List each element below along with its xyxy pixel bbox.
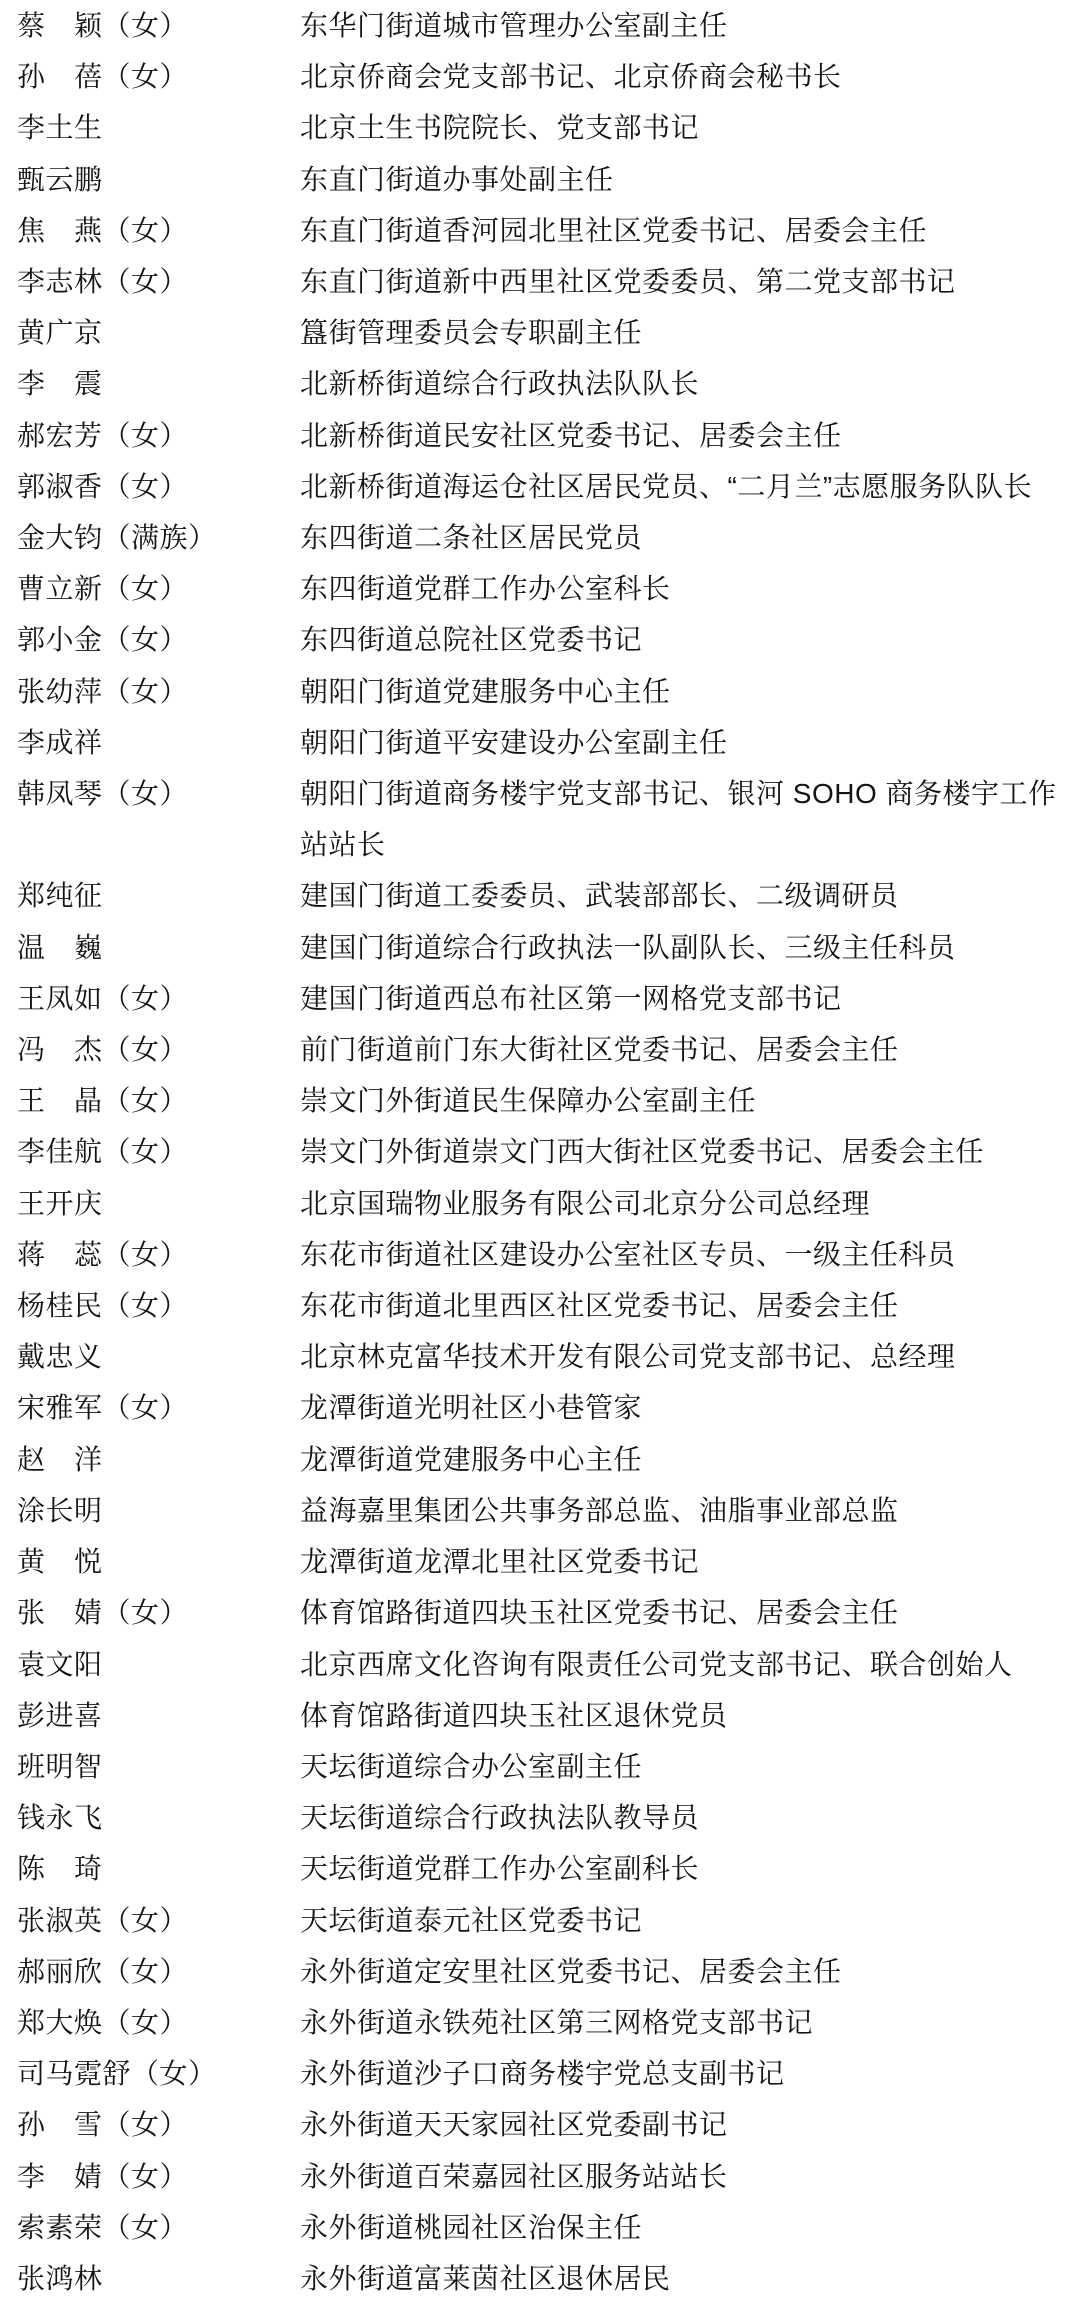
person-title: 北京国瑞物业服务有限公司北京分公司总经理 bbox=[300, 1178, 1060, 1229]
person-title: 永外街道富莱茵社区退休居民 bbox=[300, 2253, 1060, 2304]
person-title: 天坛街道党群工作办公室副科长 bbox=[300, 1843, 1060, 1894]
list-item: 冯 杰（女） 前门街道前门东大街社区党委书记、居委会主任 bbox=[0, 1024, 1080, 1075]
list-item: 郑纯征 建国门街道工委委员、武装部部长、二级调研员 bbox=[0, 870, 1080, 921]
person-name: 涂长明 bbox=[0, 1485, 300, 1536]
list-item: 彭进喜 体育馆路街道四块玉社区退休党员 bbox=[0, 1690, 1080, 1741]
person-title: 崇文门外街道崇文门西大街社区党委书记、居委会主任 bbox=[300, 1126, 1060, 1177]
roster-list: 蔡 颖（女） 东华门街道城市管理办公室副主任 孙 蓓（女） 北京侨商会党支部书记… bbox=[0, 0, 1080, 2304]
person-title: 龙潭街道党建服务中心主任 bbox=[300, 1434, 1060, 1485]
list-item: 张鸿林 永外街道富莱茵社区退休居民 bbox=[0, 2253, 1080, 2304]
person-name: 焦 燕（女） bbox=[0, 205, 300, 256]
list-item: 杨桂民（女） 东花市街道北里西区社区党委书记、居委会主任 bbox=[0, 1280, 1080, 1331]
person-name: 黄广京 bbox=[0, 307, 300, 358]
person-title: 永外街道桃园社区治保主任 bbox=[300, 2202, 1060, 2253]
person-title: 东直门街道办事处副主任 bbox=[300, 154, 1060, 205]
person-title: 建国门街道西总布社区第一网格党支部书记 bbox=[300, 973, 1060, 1024]
list-item: 郝宏芳（女） 北新桥街道民安社区党委书记、居委会主任 bbox=[0, 410, 1080, 461]
person-name: 张鸿林 bbox=[0, 2253, 300, 2304]
person-title: 北新桥街道海运仓社区居民党员、“二月兰”志愿服务队队长 bbox=[300, 461, 1060, 512]
list-item: 戴忠义 北京林克富华技术开发有限公司党支部书记、总经理 bbox=[0, 1331, 1080, 1382]
person-title: 天坛街道泰元社区党委书记 bbox=[300, 1895, 1060, 1946]
person-name: 李成祥 bbox=[0, 717, 300, 768]
person-name: 黄 悦 bbox=[0, 1536, 300, 1587]
person-title: 天坛街道综合办公室副主任 bbox=[300, 1741, 1060, 1792]
person-name: 陈 琦 bbox=[0, 1843, 300, 1894]
person-title: 朝阳门街道党建服务中心主任 bbox=[300, 666, 1060, 717]
person-name: 孙 蓓（女） bbox=[0, 51, 300, 102]
person-title: 前门街道前门东大街社区党委书记、居委会主任 bbox=[300, 1024, 1060, 1075]
list-item: 李 震 北新桥街道综合行政执法队队长 bbox=[0, 358, 1080, 409]
person-name: 郑大焕（女） bbox=[0, 1997, 300, 2048]
list-item: 李土生 北京土生书院院长、党支部书记 bbox=[0, 102, 1080, 153]
person-name: 蔡 颖（女） bbox=[0, 0, 300, 51]
person-name: 王凤如（女） bbox=[0, 973, 300, 1024]
list-item: 黄广京 簋街管理委员会专职副主任 bbox=[0, 307, 1080, 358]
person-name: 蒋 蕊（女） bbox=[0, 1229, 300, 1280]
list-item: 李志林（女） 东直门街道新中西里社区党委委员、第二党支部书记 bbox=[0, 256, 1080, 307]
list-item: 王开庆 北京国瑞物业服务有限公司北京分公司总经理 bbox=[0, 1178, 1080, 1229]
person-title: 永外街道百荣嘉园社区服务站站长 bbox=[300, 2151, 1060, 2202]
person-title: 永外街道定安里社区党委书记、居委会主任 bbox=[300, 1946, 1060, 1997]
person-title: 天坛街道综合行政执法队教导员 bbox=[300, 1792, 1060, 1843]
person-title: 崇文门外街道民生保障办公室副主任 bbox=[300, 1075, 1060, 1126]
person-title: 东直门街道香河园北里社区党委书记、居委会主任 bbox=[300, 205, 1060, 256]
list-item: 郭小金（女） 东四街道总院社区党委书记 bbox=[0, 614, 1080, 665]
person-name: 甄云鹏 bbox=[0, 154, 300, 205]
person-title: 东花市街道社区建设办公室社区专员、一级主任科员 bbox=[300, 1229, 1060, 1280]
list-item: 王凤如（女） 建国门街道西总布社区第一网格党支部书记 bbox=[0, 973, 1080, 1024]
list-item: 司马霓舒（女） 永外街道沙子口商务楼宇党总支副书记 bbox=[0, 2048, 1080, 2099]
list-item: 郭淑香（女） 北新桥街道海运仓社区居民党员、“二月兰”志愿服务队队长 bbox=[0, 461, 1080, 512]
person-name: 温 巍 bbox=[0, 922, 300, 973]
list-item: 张幼萍（女） 朝阳门街道党建服务中心主任 bbox=[0, 666, 1080, 717]
person-name: 李佳航（女） bbox=[0, 1126, 300, 1177]
list-item: 赵 洋 龙潭街道党建服务中心主任 bbox=[0, 1434, 1080, 1485]
list-item: 韩凤琴（女） 朝阳门街道商务楼宇党支部书记、银河 SOHO 商务楼宇工作站站长 bbox=[0, 768, 1080, 870]
person-name: 索素荣（女） bbox=[0, 2202, 300, 2253]
list-item: 班明智 天坛街道综合办公室副主任 bbox=[0, 1741, 1080, 1792]
person-name: 李 婧（女） bbox=[0, 2151, 300, 2202]
person-name: 金大钧（满族） bbox=[0, 512, 300, 563]
person-title: 东花市街道北里西区社区党委书记、居委会主任 bbox=[300, 1280, 1060, 1331]
list-item: 张 婧（女） 体育馆路街道四块玉社区党委书记、居委会主任 bbox=[0, 1587, 1080, 1638]
list-item: 涂长明 益海嘉里集团公共事务部总监、油脂事业部总监 bbox=[0, 1485, 1080, 1536]
person-title: 龙潭街道龙潭北里社区党委书记 bbox=[300, 1536, 1060, 1587]
person-title: 东四街道党群工作办公室科长 bbox=[300, 563, 1060, 614]
person-name: 孙 雪（女） bbox=[0, 2099, 300, 2150]
person-name: 张幼萍（女） bbox=[0, 666, 300, 717]
person-name: 郝宏芳（女） bbox=[0, 410, 300, 461]
list-item: 郑大焕（女） 永外街道永铁苑社区第三网格党支部书记 bbox=[0, 1997, 1080, 2048]
person-name: 戴忠义 bbox=[0, 1331, 300, 1382]
person-name: 杨桂民（女） bbox=[0, 1280, 300, 1331]
list-item: 孙 雪（女） 永外街道天天家园社区党委副书记 bbox=[0, 2099, 1080, 2150]
person-title: 朝阳门街道平安建设办公室副主任 bbox=[300, 717, 1060, 768]
list-item: 张淑英（女） 天坛街道泰元社区党委书记 bbox=[0, 1895, 1080, 1946]
list-item: 甄云鹏 东直门街道办事处副主任 bbox=[0, 154, 1080, 205]
list-item: 蔡 颖（女） 东华门街道城市管理办公室副主任 bbox=[0, 0, 1080, 51]
list-item: 焦 燕（女） 东直门街道香河园北里社区党委书记、居委会主任 bbox=[0, 205, 1080, 256]
list-item: 孙 蓓（女） 北京侨商会党支部书记、北京侨商会秘书长 bbox=[0, 51, 1080, 102]
person-name: 王 晶（女） bbox=[0, 1075, 300, 1126]
person-title: 北新桥街道民安社区党委书记、居委会主任 bbox=[300, 410, 1060, 461]
list-item: 温 巍 建国门街道综合行政执法一队副队长、三级主任科员 bbox=[0, 922, 1080, 973]
list-item: 钱永飞 天坛街道综合行政执法队教导员 bbox=[0, 1792, 1080, 1843]
person-name: 王开庆 bbox=[0, 1178, 300, 1229]
list-item: 蒋 蕊（女） 东花市街道社区建设办公室社区专员、一级主任科员 bbox=[0, 1229, 1080, 1280]
person-title: 体育馆路街道四块玉社区党委书记、居委会主任 bbox=[300, 1587, 1060, 1638]
person-title: 东华门街道城市管理办公室副主任 bbox=[300, 0, 1060, 51]
person-name: 郭淑香（女） bbox=[0, 461, 300, 512]
person-title: 北京林克富华技术开发有限公司党支部书记、总经理 bbox=[300, 1331, 1060, 1382]
person-name: 班明智 bbox=[0, 1741, 300, 1792]
person-title: 建国门街道综合行政执法一队副队长、三级主任科员 bbox=[300, 922, 1060, 973]
person-title: 永外街道永铁苑社区第三网格党支部书记 bbox=[300, 1997, 1060, 2048]
person-name: 彭进喜 bbox=[0, 1690, 300, 1741]
list-item: 索素荣（女） 永外街道桃园社区治保主任 bbox=[0, 2202, 1080, 2253]
person-name: 李 震 bbox=[0, 358, 300, 409]
list-item: 李佳航（女） 崇文门外街道崇文门西大街社区党委书记、居委会主任 bbox=[0, 1126, 1080, 1177]
person-name: 郑纯征 bbox=[0, 870, 300, 921]
list-item: 曹立新（女） 东四街道党群工作办公室科长 bbox=[0, 563, 1080, 614]
person-name: 司马霓舒（女） bbox=[0, 2048, 300, 2099]
list-item: 袁文阳 北京西席文化咨询有限责任公司党支部书记、联合创始人 bbox=[0, 1639, 1080, 1690]
person-name: 韩凤琴（女） bbox=[0, 768, 300, 819]
person-name: 冯 杰（女） bbox=[0, 1024, 300, 1075]
person-name: 李土生 bbox=[0, 102, 300, 153]
person-name: 张 婧（女） bbox=[0, 1587, 300, 1638]
person-title: 北京西席文化咨询有限责任公司党支部书记、联合创始人 bbox=[300, 1639, 1060, 1690]
person-title: 北京侨商会党支部书记、北京侨商会秘书长 bbox=[300, 51, 1060, 102]
list-item: 郝丽欣（女） 永外街道定安里社区党委书记、居委会主任 bbox=[0, 1946, 1080, 1997]
person-name: 郭小金（女） bbox=[0, 614, 300, 665]
person-title: 永外街道沙子口商务楼宇党总支副书记 bbox=[300, 2048, 1060, 2099]
person-name: 赵 洋 bbox=[0, 1434, 300, 1485]
person-title: 东直门街道新中西里社区党委委员、第二党支部书记 bbox=[300, 256, 1060, 307]
person-title: 东四街道总院社区党委书记 bbox=[300, 614, 1060, 665]
person-name: 宋雅军（女） bbox=[0, 1382, 300, 1433]
list-item: 王 晶（女） 崇文门外街道民生保障办公室副主任 bbox=[0, 1075, 1080, 1126]
list-item: 陈 琦 天坛街道党群工作办公室副科长 bbox=[0, 1843, 1080, 1894]
person-title: 龙潭街道光明社区小巷管家 bbox=[300, 1382, 1060, 1433]
person-name: 曹立新（女） bbox=[0, 563, 300, 614]
person-name: 张淑英（女） bbox=[0, 1895, 300, 1946]
person-title: 益海嘉里集团公共事务部总监、油脂事业部总监 bbox=[300, 1485, 1060, 1536]
person-title: 体育馆路街道四块玉社区退休党员 bbox=[300, 1690, 1060, 1741]
person-title: 东四街道二条社区居民党员 bbox=[300, 512, 1060, 563]
list-item: 李成祥 朝阳门街道平安建设办公室副主任 bbox=[0, 717, 1080, 768]
document-page: 蔡 颖（女） 东华门街道城市管理办公室副主任 孙 蓓（女） 北京侨商会党支部书记… bbox=[0, 0, 1080, 2305]
person-name: 袁文阳 bbox=[0, 1639, 300, 1690]
person-title: 永外街道天天家园社区党委副书记 bbox=[300, 2099, 1060, 2150]
person-title: 北新桥街道综合行政执法队队长 bbox=[300, 358, 1060, 409]
person-title: 建国门街道工委委员、武装部部长、二级调研员 bbox=[300, 870, 1060, 921]
person-title: 簋街管理委员会专职副主任 bbox=[300, 307, 1060, 358]
person-title: 朝阳门街道商务楼宇党支部书记、银河 SOHO 商务楼宇工作站站长 bbox=[300, 768, 1060, 870]
person-name: 钱永飞 bbox=[0, 1792, 300, 1843]
list-item: 李 婧（女） 永外街道百荣嘉园社区服务站站长 bbox=[0, 2151, 1080, 2202]
list-item: 宋雅军（女） 龙潭街道光明社区小巷管家 bbox=[0, 1382, 1080, 1433]
list-item: 黄 悦 龙潭街道龙潭北里社区党委书记 bbox=[0, 1536, 1080, 1587]
list-item: 金大钧（满族） 东四街道二条社区居民党员 bbox=[0, 512, 1080, 563]
person-name: 郝丽欣（女） bbox=[0, 1946, 300, 1997]
person-title: 北京土生书院院长、党支部书记 bbox=[300, 102, 1060, 153]
person-name: 李志林（女） bbox=[0, 256, 300, 307]
